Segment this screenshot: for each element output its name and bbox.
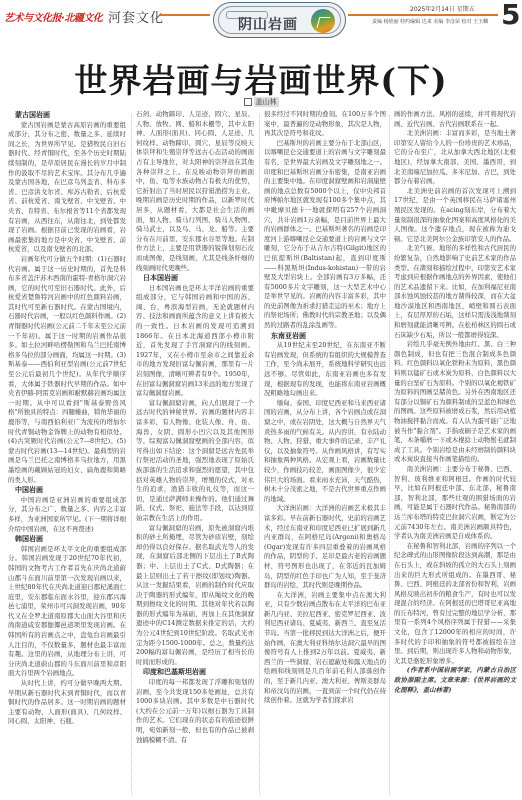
article-column-2: 石剑、动物蹄印、人足迹、圆穴、星辰、人物、放牧、网、船和木栅等，其中太阳神、人面… — [136, 110, 254, 745]
paragraph: 岩画年代可分做五个时期：(1)石器时代岩画。属于这一历史时期的，首先是科布多省盖… — [8, 255, 126, 485]
paragraph: 富勾佩洞窟岩画，向人们展现了一个远古时代的神秘世界。岩画的题材内容丰富多彩，有人… — [136, 399, 254, 524]
paragraph: 蒙古国岩画是蒙古高原岩画的重要组成部分，其分布之密、数量之多、延续时间之长，为世… — [8, 121, 126, 255]
paragraph: 在秘鲁和智利北部，岩画的序列以一个纪念碑式的山形图像阶段达到高潮，那是由在石头上… — [394, 542, 516, 667]
section-heading: 中国岩画 — [8, 486, 126, 496]
paragraph: 中国岩画是亚洲岩画的重要组成部分，其分布之广、数量之多、内容之丰富多样，为亚洲国… — [8, 496, 126, 534]
newspaper-logo: 艺术与文化报·北疆文化 — [4, 9, 102, 24]
section-heading: 蒙古国岩画 — [8, 111, 126, 121]
section-heading: 东南亚岩画 — [264, 332, 386, 342]
section-heading: 韩国岩画 — [8, 535, 126, 545]
badge-title: 阴山岩画 — [238, 14, 298, 34]
author-name: 盖山林 — [254, 97, 279, 107]
paragraph: 日本国岩画也是环太平洋岩画的重要组成部分，它与韩国岩画和中国的苏、闽、台、粤滨海… — [136, 284, 254, 399]
paragraph: 北美洲史前岩画的首次发现可上溯到17世纪，是由一个英国移民在马萨诸塞州殖民区发现… — [394, 187, 516, 245]
paragraph: 富勾佩洞窟的岩画，原先被洞窟内堆积的砂土所掩埋，尽管为砂质岩壁，刻绘却仍得以良好… — [136, 524, 254, 668]
paragraph: 从19世纪末至20世纪，在东南亚不断有岩画发现，但系统的有组织的大规模普查工作，… — [264, 341, 386, 399]
section-name: 河套文化 — [108, 7, 164, 26]
paragraph: 北美气候、地形的多样性和古代居民的纷繁复杂，自然地影响了史前艺术家的作品类型。在… — [394, 244, 516, 340]
paragraph: 在大洋洲，岩画主要集中点在澳大利亚，只有少数岩画点散布在太平洋的巴布亚新几内亚、… — [264, 591, 386, 706]
column-divider — [259, 115, 260, 795]
paragraph: 画的作画方法、风格的延续，并可将现代岩画、近代岩画、古代岩画联系在一起。 — [394, 110, 516, 129]
paragraph: 从时代上讲，约可分做早晚两大期。早期从新石器时代末到青铜时代，而以青铜时代的作品… — [8, 679, 126, 727]
section-heading: 日本国岩画 — [136, 274, 254, 284]
paragraph: 岩绘几乎毫无例外地由红、黑、白三种颜色制成，但也有把三色混合制成多色颜料。红色颜… — [394, 340, 516, 465]
header-rule-left — [160, 14, 210, 16]
paragraph: 很多经过不同时期的叠刻。在100万多个图案中，最普遍的是动物形象，其次是人物，再… — [264, 110, 386, 139]
rock-art-emblem-icon — [311, 9, 335, 33]
page-number: 5 — [501, 0, 520, 31]
editor-credits: 责编 杨艳丽 特约编辑 达来 美编 李彦荣 校对 王玉麟 — [372, 18, 488, 25]
issue-date: 2025年2月14日 星期五 — [410, 4, 475, 13]
paragraph: 大洋洲岩画：大洋洲的岩画艺术极其丰富多彩。早在前新石器时代，史前的岩画艺术，经过… — [264, 504, 386, 590]
paragraph: 北美洲岩画：丰富而多彩，是当地土著印第安人留给今人的一份珍贵的艺术珍品，它的分布… — [394, 129, 516, 187]
paragraph: 缅甸、泰国、印度尼西亚和马来西亚诸国的岩画，从分布上讲，各个岩画点或在洞窟之中，… — [264, 399, 386, 505]
section-heading: 印度和巴基斯坦岩画 — [136, 668, 254, 678]
column-badge: 阴山岩画 — [213, 2, 346, 38]
paragraph: 南美洲岩画：主要分布于秘鲁、巴西、智利、玻利维亚和阿根廷。作画的时代较早，比如在… — [394, 465, 516, 542]
byline-box-icon — [244, 98, 252, 106]
article-column-4: 画的作画方法、风格的延续，并可将现代岩画、近代岩画、古代岩画联系在一起。北美洲岩… — [394, 110, 516, 695]
article-column-1: 蒙古国岩画蒙古国岩画是蒙古高原岩画的重要组成部分，其分布之密、数量之多、延续时间… — [8, 110, 126, 727]
masthead: 艺术与文化报·北疆文化 河套文化 阴山岩画 2025年2月14日 星期五 责编 … — [0, 0, 522, 40]
article-title: 世界岩画与岩画世界(下) — [0, 55, 522, 102]
paragraph: 石剑、动物蹄印、人足迹、圆穴、星辰、人物、放牧、网、船和木栅等，其中太阳神、人面… — [136, 110, 254, 273]
column-divider — [389, 115, 390, 795]
author-note: (作者系中国岩画学家，内蒙古自治区政协原副主席。文章来源：《世界岩画的文化图释》… — [394, 666, 516, 695]
paragraph: 巴基斯坦的岩画主要分布于北部山区，以喀喇昆仑交通要道上的岩画与文字雕刻最有名，是… — [264, 139, 386, 331]
byline: 盖山林 — [0, 97, 522, 107]
paragraph: 韩国岩画是环太平文化的重要组成部分。韩国岩画发现于20世纪70年代初，韩国的文物… — [8, 545, 126, 679]
column-divider — [131, 115, 132, 795]
header-rule-right — [348, 14, 498, 16]
paragraph: 印度的每一邦都发现了浮雕和刻划的岩画，至今共发现150多处画址，总共有1000多… — [136, 678, 254, 745]
article-column-3: 很多经过不同时期的叠刻。在100万多个图案中，最普遍的是动物形象，其次是人物，再… — [264, 110, 386, 706]
